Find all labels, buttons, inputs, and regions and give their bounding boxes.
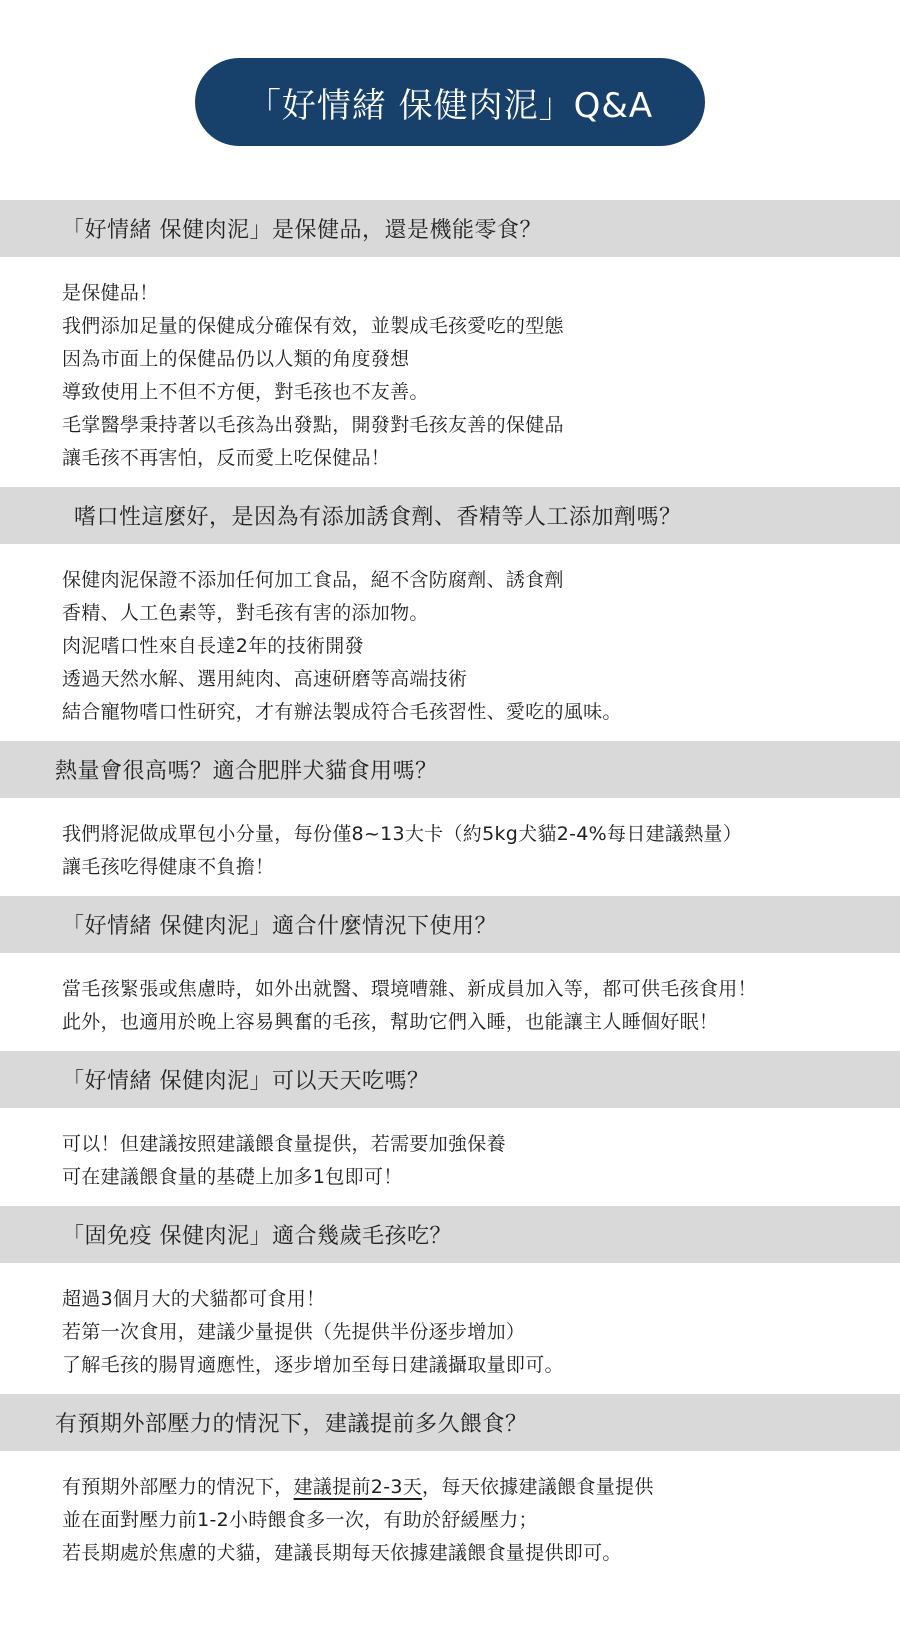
question-text: 「好情緒 保健肉泥」適合什麼情況下使用？ (62, 909, 497, 940)
answer-line: 我們添加足量的保健成分確保有效，並製成毛孩愛吃的型態 (62, 310, 860, 343)
page-title: 「好情緒 保健肉泥」Q&A (247, 78, 653, 127)
question-bar: 「好情緒 保健肉泥」是保健品，還是機能零食？ (0, 200, 900, 257)
qa-section-6: 「固免疫 保健肉泥」適合幾歲毛孩吃？ 超過3個月大的犬貓都可食用！ 若第一次食用… (0, 1206, 900, 1394)
question-text: 「好情緒 保健肉泥」是保健品，還是機能零食？ (62, 213, 542, 244)
answer-segment: 有預期外部壓力的情況下， (62, 1476, 294, 1498)
answer-line: 是保健品！ (62, 277, 860, 310)
qa-section-7: 有預期外部壓力的情況下，建議提前多久餵食？ 有預期外部壓力的情況下，建議提前2-… (0, 1394, 900, 1582)
answer-line: 保健肉泥保證不添加任何加工食品，絕不含防腐劑、誘食劑 (62, 564, 860, 597)
question-bar: 「好情緒 保健肉泥」可以天天吃嗎？ (0, 1051, 900, 1108)
qa-section-1: 「好情緒 保健肉泥」是保健品，還是機能零食？ 是保健品！ 我們添加足量的保健成分… (0, 200, 900, 487)
answer-line: 若第一次食用，建議少量提供（先提供半份逐步增加） (62, 1316, 860, 1349)
answer-line: 此外，也適用於晚上容易興奮的毛孩，幫助它們入睡，也能讓主人睡個好眠！ (62, 1006, 860, 1039)
question-text: 有預期外部壓力的情況下，建議提前多久餵食？ (55, 1407, 528, 1438)
question-text: 「固免疫 保健肉泥」適合幾歲毛孩吃？ (62, 1219, 452, 1250)
answer-line: 結合寵物嗜口性研究，才有辦法製成符合毛孩習性、愛吃的風味。 (62, 696, 860, 729)
answer-line: 若長期處於焦慮的犬貓，建議長期每天依據建議餵食量提供即可。 (62, 1537, 860, 1570)
answer-line: 毛掌醫學秉持著以毛孩為出發點，開發對毛孩友善的保健品 (62, 409, 860, 442)
answer-line: 因為市面上的保健品仍以人類的角度發想 (62, 343, 860, 376)
answer-line: 並在面對壓力前1-2小時餵食多一次，有助於舒緩壓力； (62, 1504, 860, 1537)
qa-section-5: 「好情緒 保健肉泥」可以天天吃嗎？ 可以！但建議按照建議餵食量提供，若需要加強保… (0, 1051, 900, 1206)
question-text: 「好情緒 保健肉泥」可以天天吃嗎？ (62, 1064, 430, 1095)
answer-segment: ，每天依據建議餵食量提供 (422, 1476, 654, 1498)
answer-line: 當毛孩緊張或焦慮時，如外出就醫、環境嘈雜、新成員加入等，都可供毛孩食用！ (62, 973, 860, 1006)
answer-segment-underlined: 建議提前2-3天 (294, 1476, 422, 1498)
answer-line: 香精、人工色素等，對毛孩有害的添加物。 (62, 597, 860, 630)
question-text: 嗜口性這麼好，是因為有添加誘食劑、香精等人工添加劑嗎？ (74, 500, 682, 531)
qa-section-3: 熱量會很高嗎？適合肥胖犬貓食用嗎？ 我們將泥做成單包小分量，每份僅8~13大卡（… (0, 741, 900, 896)
answer-block: 當毛孩緊張或焦慮時，如外出就醫、環境嘈雜、新成員加入等，都可供毛孩食用！ 此外，… (0, 953, 900, 1051)
answer-line: 讓毛孩不再害怕，反而愛上吃保健品！ (62, 442, 860, 475)
question-bar: 「固免疫 保健肉泥」適合幾歲毛孩吃？ (0, 1206, 900, 1263)
answer-line: 了解毛孩的腸胃適應性，逐步增加至每日建議攝取量即可。 (62, 1349, 860, 1382)
answer-line: 可在建議餵食量的基礎上加多1包即可！ (62, 1161, 860, 1194)
page-header: 「好情緒 保健肉泥」Q&A (0, 0, 900, 146)
answer-block: 有預期外部壓力的情況下，建議提前2-3天，每天依據建議餵食量提供 並在面對壓力前… (0, 1451, 900, 1582)
question-text: 熱量會很高嗎？適合肥胖犬貓食用嗎？ (55, 754, 438, 785)
answer-line: 讓毛孩吃得健康不負擔！ (62, 851, 860, 884)
answer-line: 有預期外部壓力的情況下，建議提前2-3天，每天依據建議餵食量提供 (62, 1471, 860, 1504)
answer-line: 導致使用上不但不方便，對毛孩也不友善。 (62, 376, 860, 409)
qa-section-4: 「好情緒 保健肉泥」適合什麼情況下使用？ 當毛孩緊張或焦慮時，如外出就醫、環境嘈… (0, 896, 900, 1051)
answer-block: 超過3個月大的犬貓都可食用！ 若第一次食用，建議少量提供（先提供半份逐步增加） … (0, 1263, 900, 1394)
qa-section-2: 嗜口性這麼好，是因為有添加誘食劑、香精等人工添加劑嗎？ 保健肉泥保證不添加任何加… (0, 487, 900, 741)
answer-block: 保健肉泥保證不添加任何加工食品，絕不含防腐劑、誘食劑 香精、人工色素等，對毛孩有… (0, 544, 900, 741)
question-bar: 「好情緒 保健肉泥」適合什麼情況下使用？ (0, 896, 900, 953)
answer-line: 肉泥嗜口性來自長達2年的技術開發 (62, 630, 860, 663)
answer-block: 我們將泥做成單包小分量，每份僅8~13大卡（約5kg犬貓2-4%每日建議熱量） … (0, 798, 900, 896)
answer-line: 透過天然水解、選用純肉、高速研磨等高端技術 (62, 663, 860, 696)
answer-line: 我們將泥做成單包小分量，每份僅8~13大卡（約5kg犬貓2-4%每日建議熱量） (62, 818, 860, 851)
answer-block: 可以！但建議按照建議餵食量提供，若需要加強保養 可在建議餵食量的基礎上加多1包即… (0, 1108, 900, 1206)
question-bar: 有預期外部壓力的情況下，建議提前多久餵食？ (0, 1394, 900, 1451)
question-bar: 熱量會很高嗎？適合肥胖犬貓食用嗎？ (0, 741, 900, 798)
question-bar: 嗜口性這麼好，是因為有添加誘食劑、香精等人工添加劑嗎？ (0, 487, 900, 544)
answer-line: 可以！但建議按照建議餵食量提供，若需要加強保養 (62, 1128, 860, 1161)
answer-line: 超過3個月大的犬貓都可食用！ (62, 1283, 860, 1316)
title-pill: 「好情緒 保健肉泥」Q&A (195, 58, 705, 146)
answer-block: 是保健品！ 我們添加足量的保健成分確保有效，並製成毛孩愛吃的型態 因為市面上的保… (0, 257, 900, 487)
